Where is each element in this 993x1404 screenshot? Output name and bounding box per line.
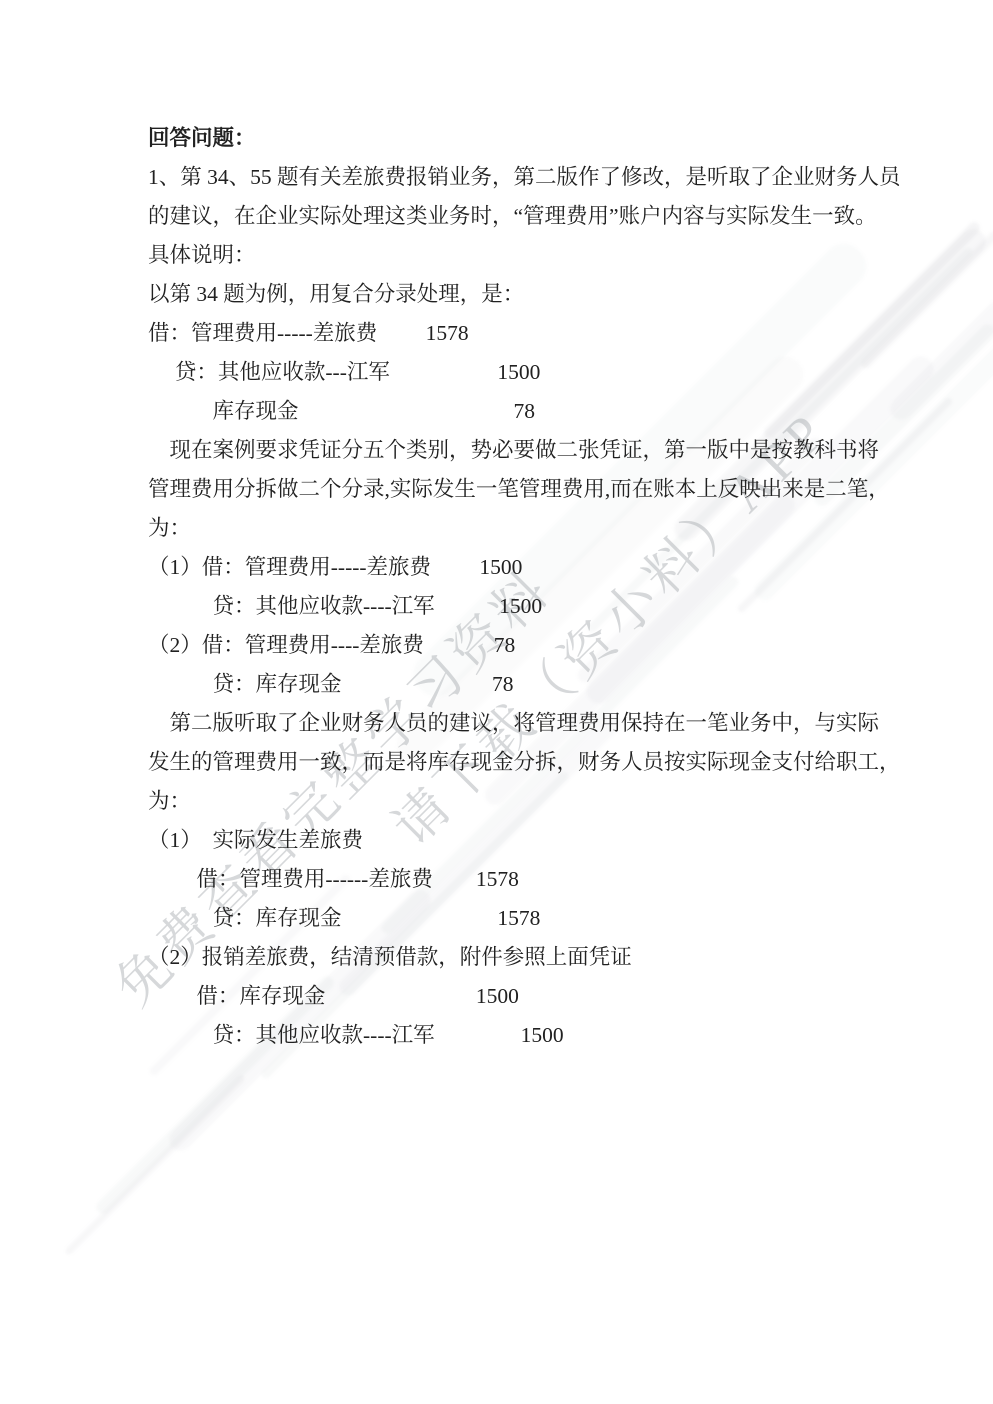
text-line: 发生的管理费用一致，而是将库存现金分拆，财务人员按实际现金支付给职工， [148,743,901,782]
text-line: 为： [148,782,901,821]
journal-entry-line: 贷：库存现金 78 [148,665,901,704]
journal-entry-line: （1）借：管理费用-----差旅费 1500 [148,548,901,587]
journal-entry-line: 库存现金 78 [148,392,901,431]
journal-entry-line: 贷：其他应收款---江军 1500 [148,353,901,392]
document-body: 回答问题： 1、第 34、55 题有关差旅费报销业务，第二版作了修改，是听取了企… [148,119,901,1055]
journal-entry-line: 借：管理费用-----差旅费 1578 [148,314,901,353]
text-line: （1） 实际发生差旅费 [148,821,901,860]
text-line: 第二版听取了企业财务人员的建议，将管理费用保持在一笔业务中，与实际 [148,704,901,743]
text-line: 1、第 34、55 题有关差旅费报销业务，第二版作了修改，是听取了企业财务人员 [148,158,901,197]
text-line: 的建议，在企业实际处理这类业务时，“管理费用”账户内容与实际发生一致。 [148,197,901,236]
journal-entry-line: 贷：其他应收款----江军 1500 [148,1016,901,1055]
text-line: （2）报销差旅费，结清预借款，附件参照上面凭证 [148,938,901,977]
text-line: 管理费用分拆做二个分录,实际发生一笔管理费用,而在账本上反映出来是二笔， [148,470,901,509]
text-line: 以第 34 题为例，用复合分录处理，是： [148,275,901,314]
section-title: 回答问题： [148,119,901,158]
journal-entry-line: （2）借：管理费用----差旅费 78 [148,626,901,665]
journal-entry-line: 借：库存现金 1500 [148,977,901,1016]
journal-entry-line: 贷：其他应收款----江军 1500 [148,587,901,626]
journal-entry-line: 贷：库存现金 1578 [148,899,901,938]
text-line: 具体说明： [148,236,901,275]
text-line: 现在案例要求凭证分五个类别，势必要做二张凭证，第一版中是按教科书将 [148,431,901,470]
text-line: 为： [148,509,901,548]
journal-entry-line: 借：管理费用------差旅费 1578 [148,860,901,899]
document-page: 免费查看完整学习资料 请下载（资小料）APP 回答问题： 1、第 34、55 题… [0,0,993,1404]
brush-streak [64,1074,246,1256]
